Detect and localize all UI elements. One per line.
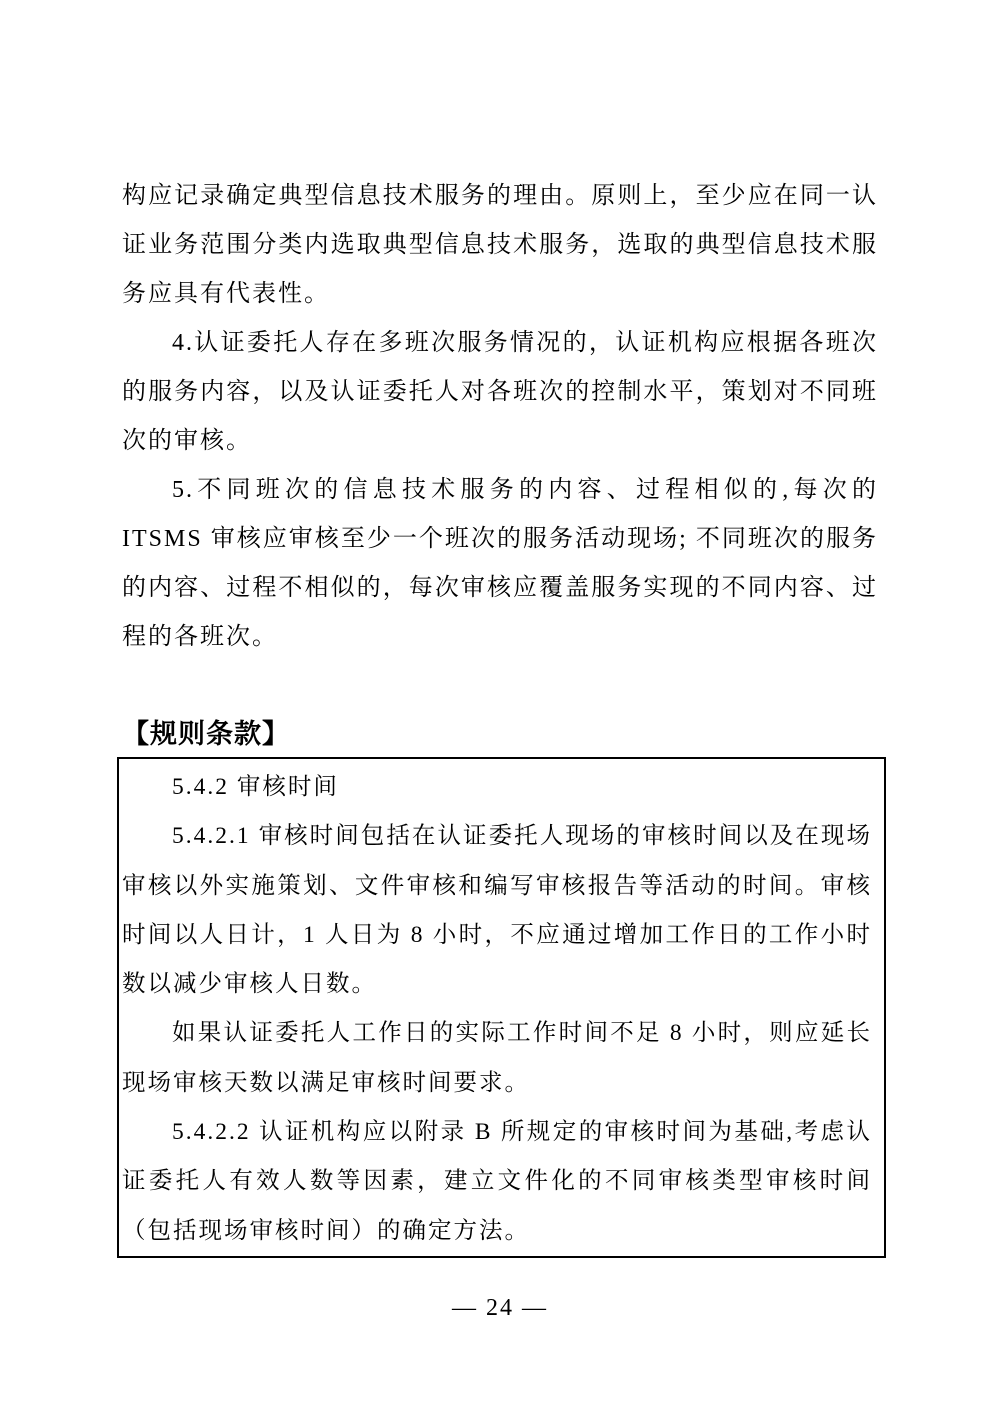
- rule-clause-5-4-2-2: 5.4.2.2 认证机构应以附录 B 所规定的审核时间为基础,考虑认证委托人有效…: [122, 1108, 872, 1256]
- section-heading-rule-clauses: 【规则条款】: [122, 718, 878, 751]
- page-content: 构应记录确定典型信息技术服务的理由。原则上，至少应在同一认证业务范围分类内选取典…: [122, 172, 878, 1258]
- rule-clause-5-4-2-1: 5.4.2.1 审核时间包括在认证委托人现场的审核时间以及在现场审核以外实施策划…: [122, 812, 872, 1009]
- body-paragraph-item-5: 5.不同班次的信息技术服务的内容、过程相似的,每次的 ITSMS 审核应审核至少…: [122, 466, 878, 662]
- page-number: — 24 —: [0, 1293, 1000, 1323]
- body-paragraph-continued: 构应记录确定典型信息技术服务的理由。原则上，至少应在同一认证业务范围分类内选取典…: [122, 172, 878, 319]
- rule-clause-box: 5.4.2 审核时间 5.4.2.1 审核时间包括在认证委托人现场的审核时间以及…: [117, 757, 886, 1258]
- rule-clause-title-5-4-2: 5.4.2 审核时间: [122, 763, 872, 812]
- rule-clause-5-4-2-1-note: 如果认证委托人工作日的实际工作时间不足 8 小时，则应延长现场审核天数以满足审核…: [122, 1009, 872, 1108]
- document-page: 构应记录确定典型信息技术服务的理由。原则上，至少应在同一认证业务范围分类内选取典…: [0, 0, 1000, 1414]
- body-paragraph-item-4: 4.认证委托人存在多班次服务情况的，认证机构应根据各班次的服务内容，以及认证委托…: [122, 319, 878, 466]
